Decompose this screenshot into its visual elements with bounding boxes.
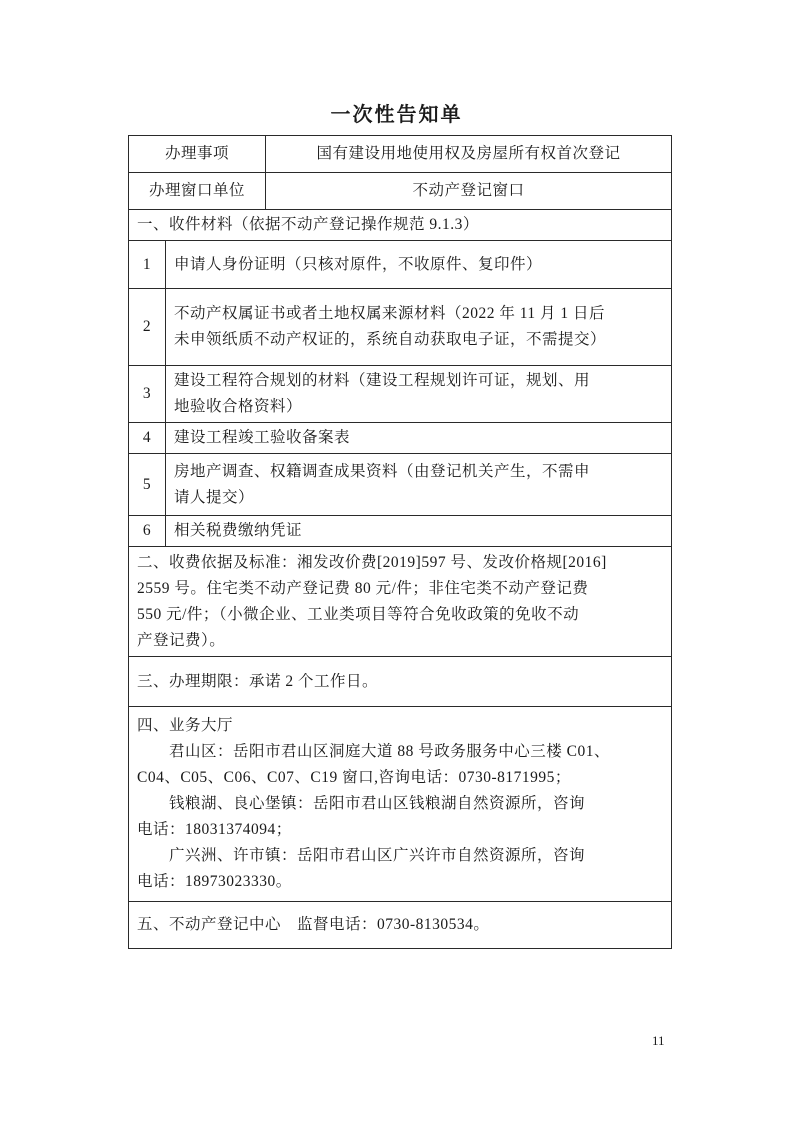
header-row-window-unit: 办理窗口单位 不动产登记窗口 — [129, 173, 672, 210]
material-row: 1 申请人身份证明（只核对原件，不收原件、复印件） — [129, 241, 672, 289]
header-row-matter: 办理事项 国有建设用地使用权及房屋所有权首次登记 — [129, 136, 672, 173]
document-page: { "page": { "title": "一次性告知单", "page_num… — [0, 0, 793, 1122]
section-fees-text: 二、收费依据及标准：湘发改价费[2019]597 号、发改价格规[2016] 2… — [129, 547, 672, 657]
item-text: 相关税费缴纳凭证 — [166, 516, 672, 547]
section-supervision-row: 五、不动产登记中心 监督电话：0730-8130534。 — [129, 902, 672, 949]
item-text: 房地产调查、权籍调查成果资料（由登记机关产生，不需申 请人提交） — [166, 454, 672, 516]
section-halls-text: 四、业务大厅 君山区：岳阳市君山区洞庭大道 88 号政务服务中心三楼 C01、 … — [129, 707, 672, 902]
item-number: 5 — [129, 454, 166, 516]
item-text: 不动产权属证书或者土地权属来源材料（2022 年 11 月 1 日后 未申领纸质… — [166, 289, 672, 366]
item-text: 建设工程竣工验收备案表 — [166, 423, 672, 454]
section-materials-heading: 一、收件材料（依据不动产登记操作规范 9.1.3） — [129, 210, 672, 241]
page-number: 11 — [652, 1033, 665, 1049]
item-number: 2 — [129, 289, 166, 366]
item-number: 4 — [129, 423, 166, 454]
section-materials-heading-row: 一、收件材料（依据不动产登记操作规范 9.1.3） — [129, 210, 672, 241]
item-text: 建设工程符合规划的材料（建设工程规划许可证，规划、用 地验收合格资料） — [166, 366, 672, 423]
material-row: 3 建设工程符合规划的材料（建设工程规划许可证，规划、用 地验收合格资料） — [129, 366, 672, 423]
material-row: 2 不动产权属证书或者土地权属来源材料（2022 年 11 月 1 日后 未申领… — [129, 289, 672, 366]
item-number: 1 — [129, 241, 166, 289]
section-fees-row: 二、收费依据及标准：湘发改价费[2019]597 号、发改价格规[2016] 2… — [129, 547, 672, 657]
section-deadline-text: 三、办理期限：承诺 2 个工作日。 — [129, 657, 672, 707]
material-row: 5 房地产调查、权籍调查成果资料（由登记机关产生，不需申 请人提交） — [129, 454, 672, 516]
section-halls-row: 四、业务大厅 君山区：岳阳市君山区洞庭大道 88 号政务服务中心三楼 C01、 … — [129, 707, 672, 902]
section-supervision-text: 五、不动产登记中心 监督电话：0730-8130534。 — [129, 902, 672, 949]
material-row: 6 相关税费缴纳凭证 — [129, 516, 672, 547]
item-text: 申请人身份证明（只核对原件，不收原件、复印件） — [166, 241, 672, 289]
material-row: 4 建设工程竣工验收备案表 — [129, 423, 672, 454]
item-number: 6 — [129, 516, 166, 547]
matter-label: 办理事项 — [129, 136, 266, 173]
page-title: 一次性告知单 — [0, 102, 793, 128]
window-unit-value: 不动产登记窗口 — [266, 173, 672, 210]
window-unit-label: 办理窗口单位 — [129, 173, 266, 210]
item-number: 3 — [129, 366, 166, 423]
notice-table: 办理事项 国有建设用地使用权及房屋所有权首次登记 办理窗口单位 不动产登记窗口 … — [128, 135, 672, 949]
section-deadline-row: 三、办理期限：承诺 2 个工作日。 — [129, 657, 672, 707]
matter-value: 国有建设用地使用权及房屋所有权首次登记 — [266, 136, 672, 173]
